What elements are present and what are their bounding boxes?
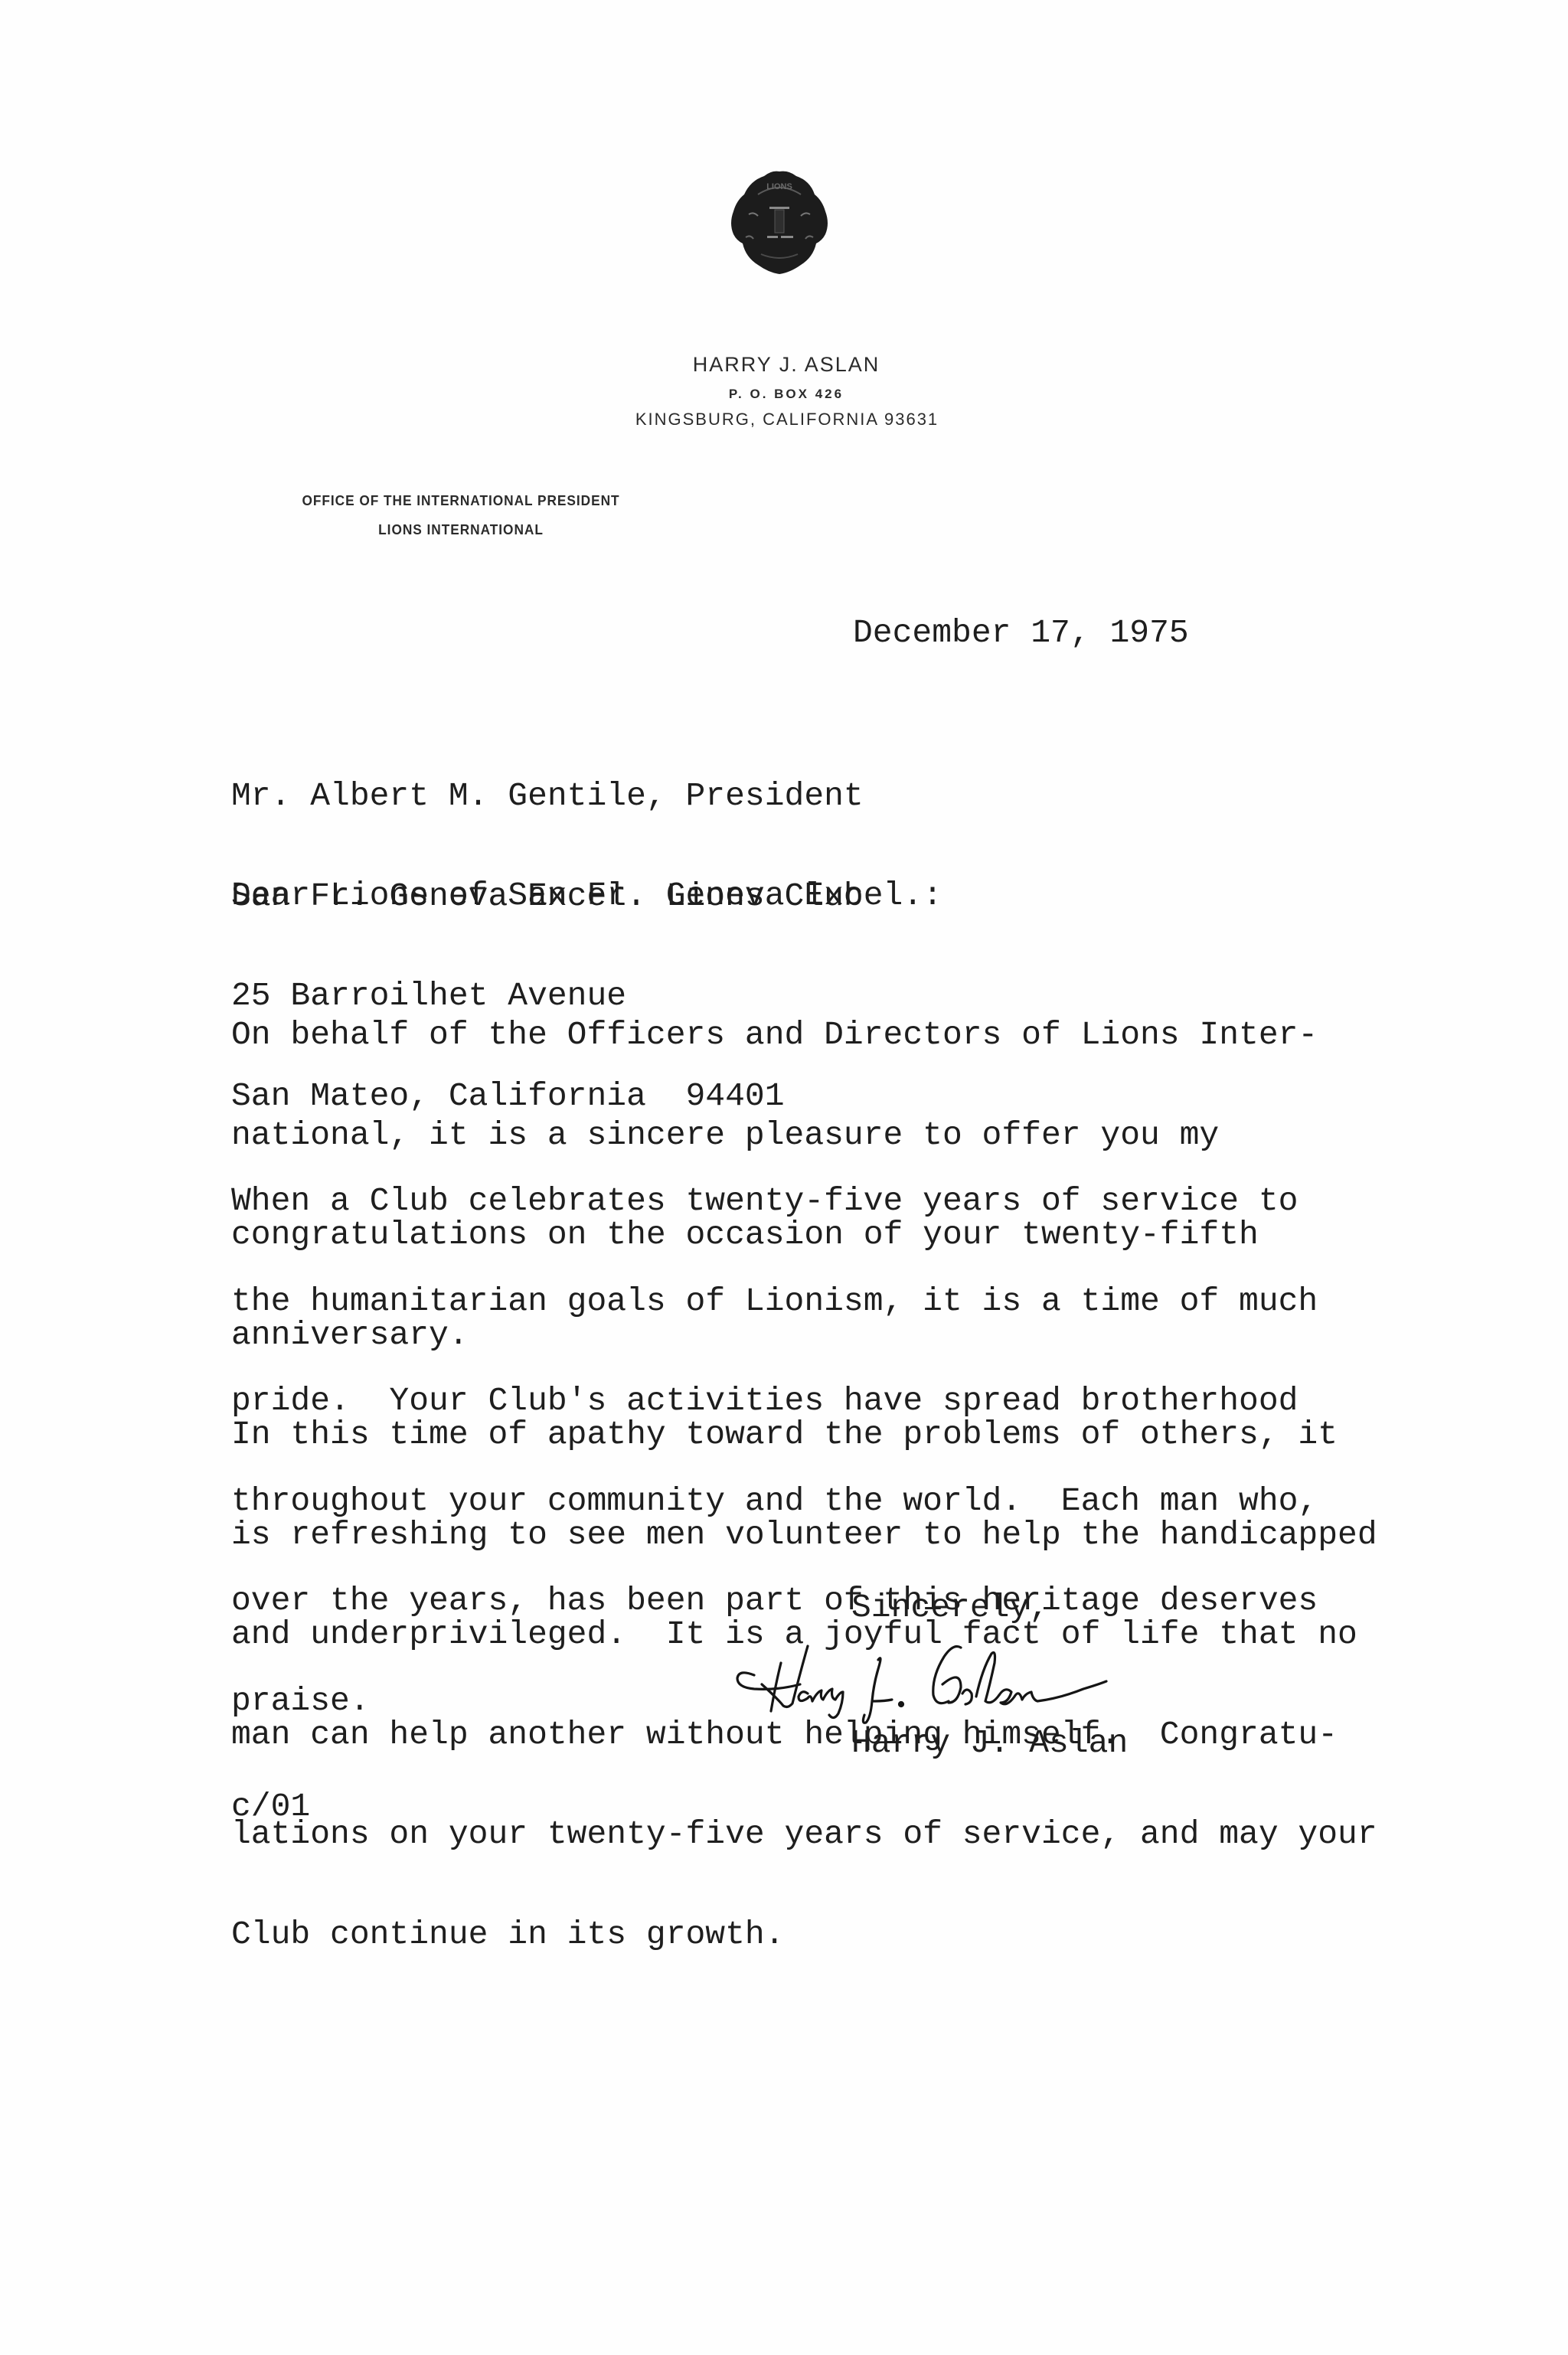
paragraph-line: the humanitarian goals of Lionism, it is… <box>231 1285 1318 1318</box>
paragraph-line: lations on your twenty-five years of ser… <box>231 1818 1377 1851</box>
paragraph-line: In this time of apathy toward the proble… <box>231 1418 1377 1452</box>
letter-page: LIONS HARRY J. ASLAN P. O. BOX 426 KINGS… <box>0 0 1568 2355</box>
lions-emblem-icon: LIONS <box>727 164 831 277</box>
letter-date: December 17, 1975 <box>853 616 1189 650</box>
letterhead-po-box: P. O. BOX 426 <box>633 387 939 402</box>
address-line: Mr. Albert M. Gentile, President <box>231 779 864 813</box>
paragraph-line: On behalf of the Officers and Directors … <box>231 1018 1318 1052</box>
svg-text:LIONS: LIONS <box>766 182 792 191</box>
closing: Sincerely, <box>851 1591 1049 1625</box>
paragraph-line: When a Club celebrates twenty-five years… <box>231 1184 1318 1218</box>
letterhead-office-title: OFFICE OF THE INTERNATIONAL PRESIDENT <box>240 493 681 509</box>
signer-name: Harry J. Aslan <box>851 1726 1128 1760</box>
paragraph-line: is refreshing to see men volunteer to he… <box>231 1518 1377 1552</box>
paragraph-line: Club continue in its growth. <box>231 1918 1377 1952</box>
letterhead-name: HARRY J. ASLAN <box>633 353 939 377</box>
letterhead-city: KINGSBURG, CALIFORNIA 93631 <box>596 410 978 430</box>
salutation: Dear Lions of San Fr. Geneva Excel.: <box>231 879 942 913</box>
reference-initials: c/01 <box>231 1790 310 1824</box>
letterhead-organization: LIONS INTERNATIONAL <box>314 522 608 538</box>
